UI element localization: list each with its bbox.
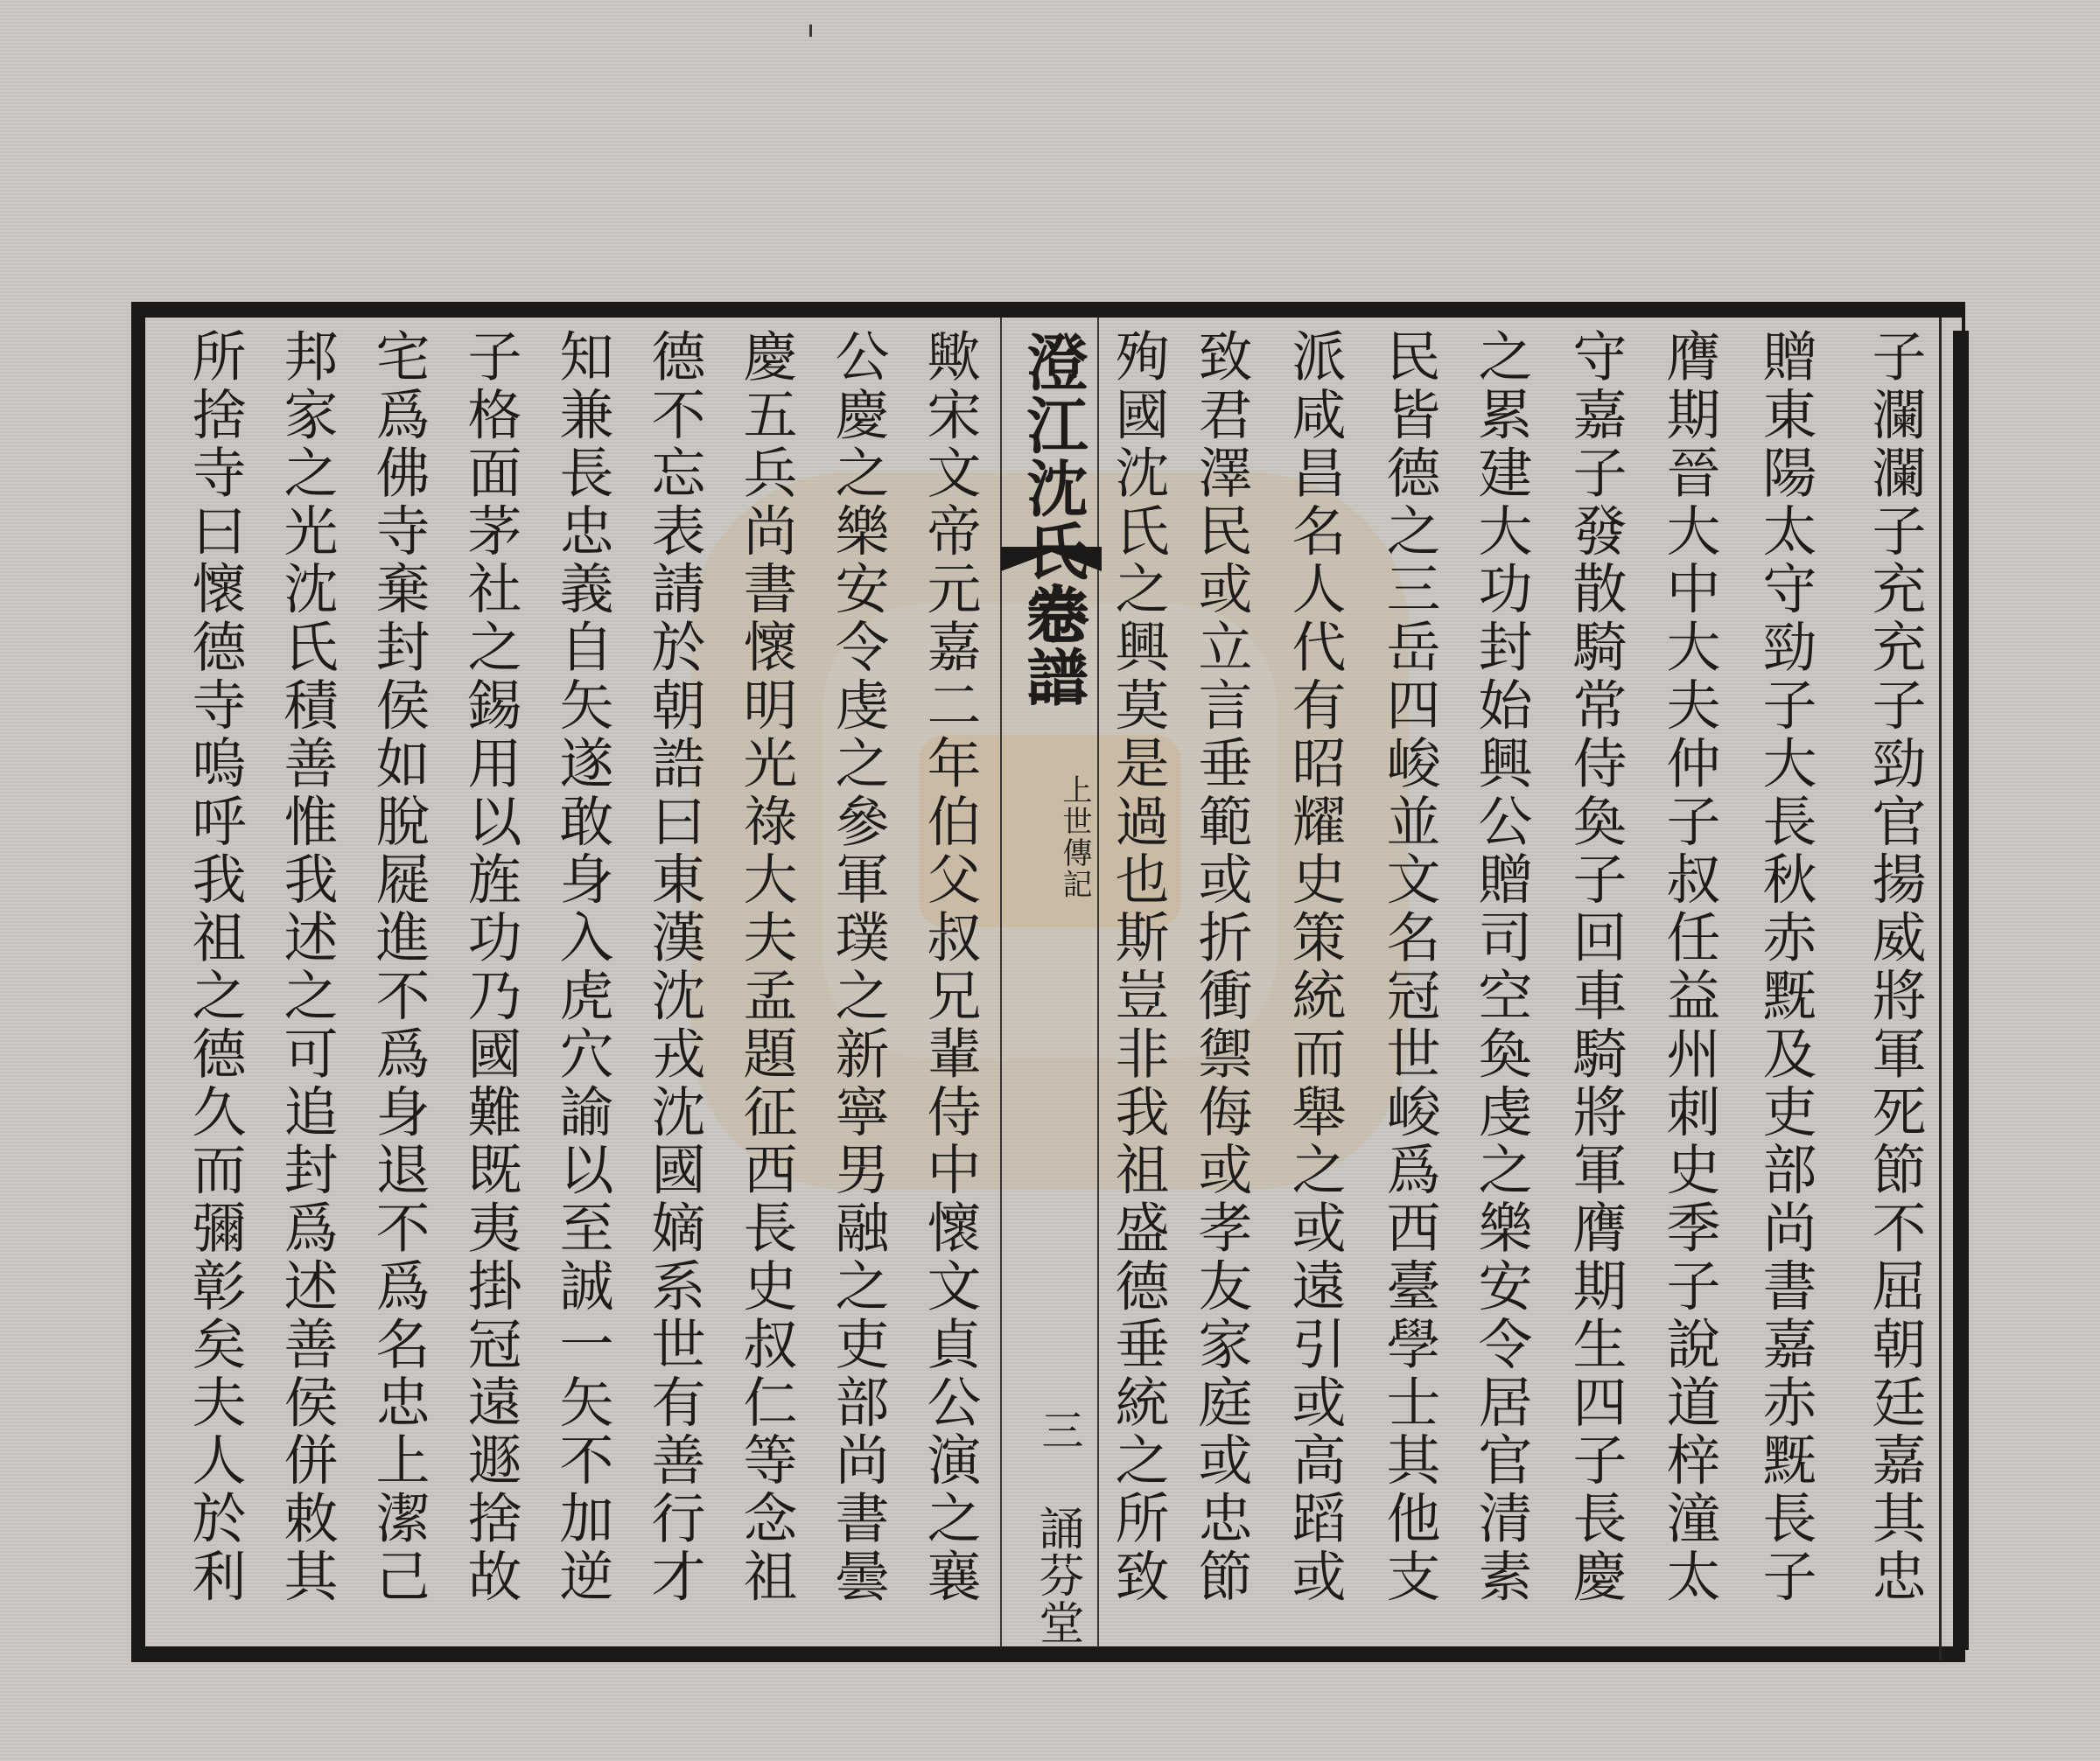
- fishtail-mark-icon: [1001, 547, 1102, 571]
- left-column-1: 歟宋文帝元嘉二年伯父叔兄輩侍中懷文貞公演之襄: [910, 328, 989, 1649]
- left-column-6: 子格面茅社之錫用以旌功乃國難既夷掛冠遠遯捨故: [451, 328, 529, 1649]
- left-column-4: 德不忘表請於朝誥曰東漢沈戎沈國嫡系世有善行才: [634, 328, 713, 1649]
- left-column-7: 宅爲佛寺棄封侯如脫屣進不爲身退不爲名忠上潔己: [359, 328, 437, 1649]
- right-column-5: 之累建大功封始興公贈司空奐虔之樂安令居官清素: [1461, 328, 1540, 1649]
- left-column-3: 慶五兵尚書懷明光祿大夫孟題征西長史叔仁等念祖: [726, 328, 805, 1649]
- section-title: 上世傳記: [1057, 774, 1092, 900]
- genealogy-page: 子瀾瀾子充充子勁官揚威將軍死節不屈朝廷嘉其忠 贈東陽太守勁子大長秋赤黖及吏部尚書…: [0, 0, 2100, 1761]
- volume-number: 卷二: [1013, 582, 1092, 708]
- left-column-8: 邦家之光沈氏積善惟我述之可追封爲述善侯併敕其: [267, 328, 346, 1649]
- left-column-9: 所捨寺曰懷德寺嗚呼我祖之德久而彌彰矣夫人於利: [175, 328, 254, 1649]
- stray-ink-mark: [809, 24, 812, 37]
- frame-right-inner-rule: [1939, 318, 1942, 1660]
- spine-rule-right: [1097, 318, 1099, 1647]
- right-column-7: 派咸昌名人代有昭耀史策統而舉之或遠引或高蹈或: [1275, 328, 1354, 1649]
- right-column-1: 子瀾瀾子充充子勁官揚威將軍死節不屈朝廷嘉其忠: [1855, 328, 1934, 1649]
- page-number: 三: [1024, 1408, 1094, 1450]
- left-column-2: 公慶之樂安令虔之參軍璞之新寧男融之吏部尚書曇: [818, 328, 897, 1649]
- right-column-9: 殉國沈氏之興莫是過也斯豈非我祖盛德垂統之所致: [1098, 328, 1177, 1649]
- right-column-2: 贈東陽太守勁子大長秋赤黖及吏部尚書嘉赤黖長子: [1746, 328, 1824, 1649]
- right-column-8: 致君澤民或立言垂範或折衝禦侮或孝友家庭或忠節: [1181, 328, 1260, 1649]
- spine-rule-left: [1000, 318, 1002, 1647]
- hall-name: 誦芬堂: [1022, 1505, 1092, 1646]
- left-column-5: 知兼長忠義自矢遂敢身入虎穴諭以至誠一矢不加逆: [542, 328, 621, 1649]
- right-column-6: 民皆德之三岳四峻並文名冠世峻爲西臺學士其他支: [1369, 328, 1448, 1649]
- right-column-3: 膺期晉大中大夫仲子叔任益州刺史季子說道梓潼太: [1649, 328, 1728, 1649]
- frame-right-border: [1953, 331, 1969, 1650]
- right-column-4: 守嘉子發散騎常侍奐子回車騎將軍膺期生四子長慶: [1556, 328, 1634, 1649]
